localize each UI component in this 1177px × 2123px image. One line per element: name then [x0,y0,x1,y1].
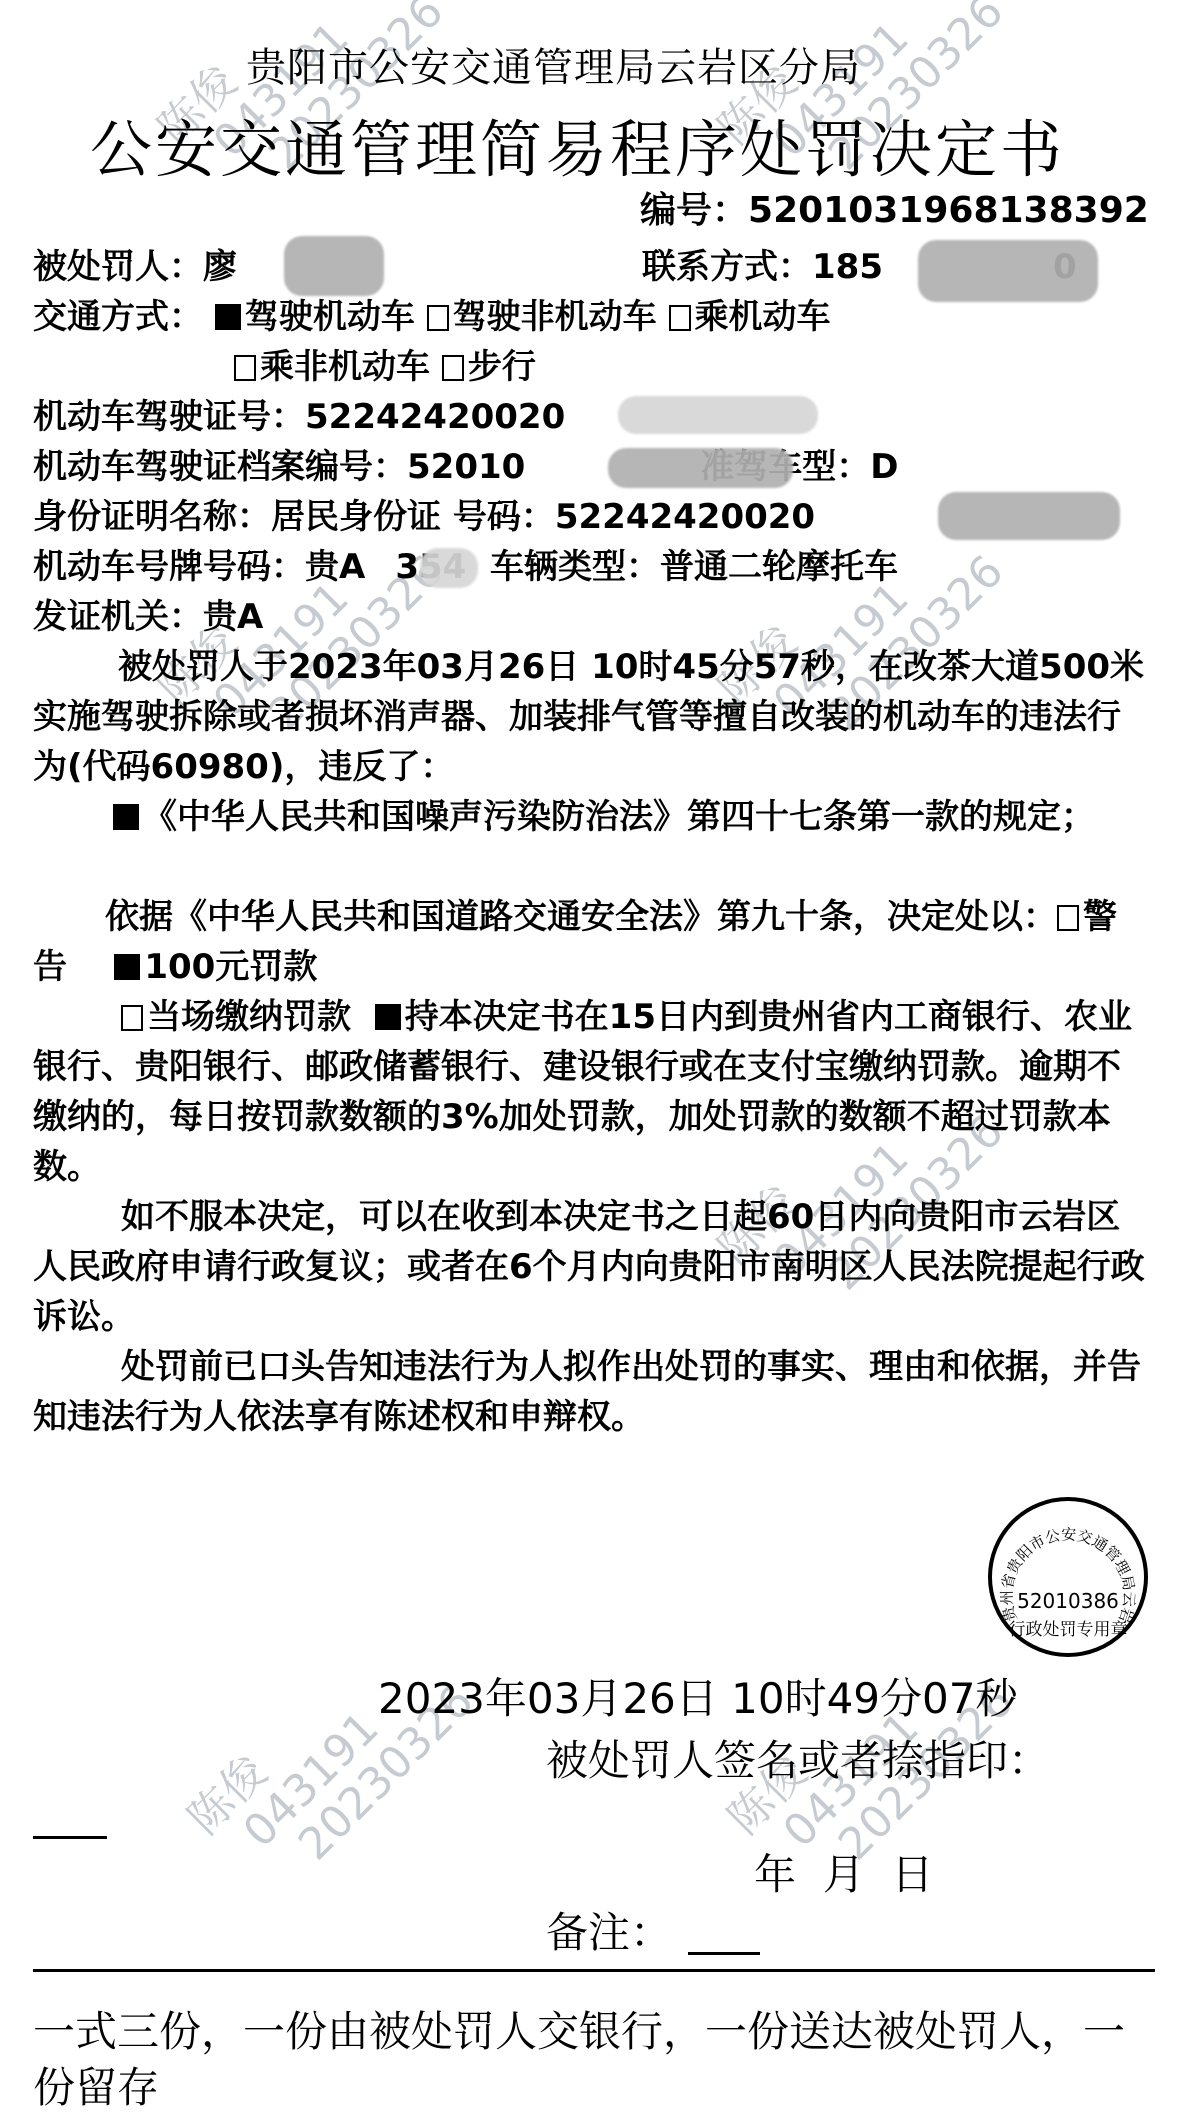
remarks-label: 备注： [546,1908,672,1957]
penalized-person-row: 被处罚人：廖 [33,242,237,292]
number-label: 编号： [640,190,748,231]
contact-label: 联系方式： [642,247,812,287]
issuing-authority-label: 发证机关： [33,597,203,637]
checkbox-empty-icon [1057,905,1079,931]
basis-paragraph: 依据《中华人民共和国道路交通安全法》第九十条，决定处以：警告 100元罚款 [33,892,1153,992]
checkbox-empty-icon [669,305,691,331]
license-number-row: 机动车驾驶证号：52242420020 [33,392,565,442]
license-number-label: 机动车驾驶证号： [33,397,305,437]
id-name-value: 居民身份证 [271,497,441,537]
issuing-authority-row: 发证机关：贵A [33,592,263,642]
traffic-mode-row-2: 乘非机动车 步行 [234,342,536,392]
penalty-option-fine[interactable]: 100元罚款 [114,947,317,987]
checkbox-empty-icon [234,355,256,381]
checkbox-checked-icon [215,304,241,330]
checkbox-empty-icon [427,305,449,331]
permitted-class-value: D [870,447,898,487]
watermark: 陈俊 043191 20230326 [180,1609,483,1912]
penalized-person-label: 被处罚人： [33,247,203,287]
payment-paragraph: 当场缴纳罚款 持本决定书在15日内到贵州省内工商银行、农业银行、贵阳银行、邮政储… [33,992,1153,1192]
redaction-plate [420,548,478,588]
id-number-label: 号码： [453,497,555,537]
id-number-value: 52242420020 [555,497,815,537]
payment-option-onsite[interactable]: 当场缴纳罚款 [121,997,351,1037]
number-value: 5201031968138392 [748,190,1149,231]
traffic-mode-option[interactable]: 乘机动车 [669,297,831,337]
traffic-mode-option[interactable]: 驾驶机动车 [215,297,415,337]
checkbox-checked-icon [114,954,140,980]
seal-number: 52010386 [992,1589,1144,1613]
issued-datetime: 2023年03月26日 10时49分07秒 [378,1666,1017,1726]
traffic-mode-option[interactable]: 步行 [442,347,536,387]
license-file-label: 机动车驾驶证档案编号： [33,447,407,487]
traffic-mode-label: 交通方式： [33,297,203,337]
license-file-value: 52010 [407,447,525,487]
license-number-value: 52242420020 [305,397,565,437]
vehicle-type-label: 车辆类型： [490,547,660,587]
document-number: 编号：5201031968138392 [640,186,1149,236]
issuing-authority-value: 贵A [203,597,263,637]
agency-name: 贵阳市公安交通管理局云岩区分局 [246,36,861,93]
divider [33,1969,1155,1972]
traffic-mode-option[interactable]: 驾驶非机动车 [427,297,657,337]
signature-blank-line[interactable] [33,1836,107,1839]
redaction-license-number [618,396,818,434]
redaction-id-number [938,492,1120,540]
plate-value-prefix: 贵A [305,547,365,587]
law-violated: 《中华人民共和国噪声污染防治法》第四十七条第一款的规定； [33,792,1153,842]
redaction-name [284,236,384,296]
id-name-label: 身份证明名称： [33,497,271,537]
official-seal: 贵州省贵阳市公安交通管理局云岩区分局 52010386 行政处罚专用章 [988,1497,1148,1657]
vehicle-type-value: 普通二轮摩托车 [660,547,898,587]
plate-label: 机动车号牌号码： [33,547,305,587]
penalized-person-value: 廖 [203,247,237,287]
redaction-phone [918,240,1098,302]
checkbox-empty-icon [121,1005,143,1031]
signature-label: 被处罚人签名或者捺指印： [546,1728,1050,1788]
date-placeholder: 年 月 日 [754,1842,933,1902]
remarks-row: 备注： [546,1900,672,1960]
checkbox-empty-icon [442,355,464,381]
checkbox-checked-icon [113,804,139,830]
id-row: 身份证明名称：居民身份证 号码：52242420020 [33,492,815,542]
violation-paragraph: 被处罚人于2023年03月26日 10时45分57秒，在改茶大道500米实施驾驶… [33,642,1153,792]
seal-label: 行政处罚专用章 [992,1615,1144,1640]
notice-paragraph: 处罚前已口头告知违法行为人拟作出处罚的事实、理由和依据，并告知违法行为人依法享有… [33,1342,1153,1442]
redaction-license-file [608,448,793,488]
copies-note: 一式三份，一份由被处罚人交银行，一份送达被处罚人，一份留存 [33,2004,1143,2116]
appeal-paragraph: 如不服本决定，可以在收到本决定书之日起60日内向贵阳市云岩区人民政府申请行政复议… [33,1192,1153,1342]
document-title: 公安交通管理简易程序处罚决定书 [90,100,1065,189]
contact-value-prefix: 185 [812,247,883,287]
traffic-mode-row: 交通方式： 驾驶机动车 驾驶非机动车 乘机动车 [33,292,831,342]
remarks-blank-line[interactable] [688,1952,760,1955]
checkbox-checked-icon [375,1004,401,1030]
traffic-mode-option[interactable]: 乘非机动车 [234,347,430,387]
